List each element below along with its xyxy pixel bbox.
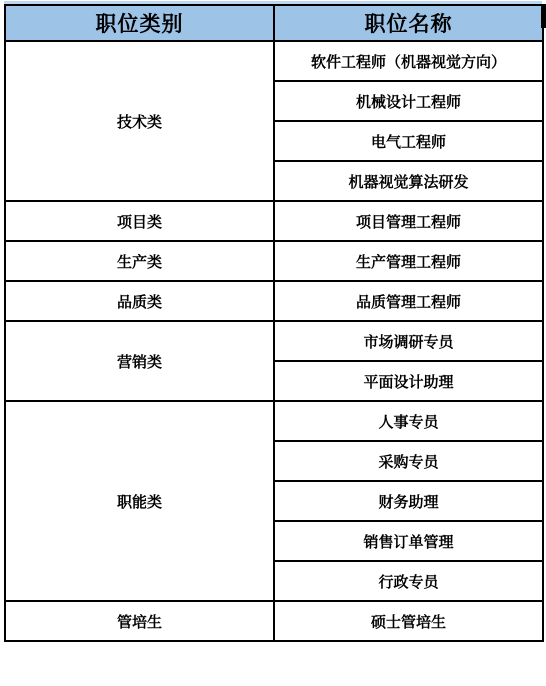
job-positions-table: 职位类别 职位名称 技术类软件工程师（机器视觉方向）机械设计工程师电气工程师机器… [4,4,544,642]
position-cell: 行政专员 [274,561,543,601]
category-cell: 项目类 [5,201,274,241]
position-cell: 人事专员 [274,401,543,441]
category-cell: 品质类 [5,281,274,321]
position-cell: 软件工程师（机器视觉方向） [274,41,543,81]
position-cell: 市场调研专员 [274,321,543,361]
category-cell: 营销类 [5,321,274,401]
category-cell: 管培生 [5,601,274,641]
category-cell: 职能类 [5,401,274,601]
table-row: 项目类项目管理工程师 [5,201,543,241]
table-row: 生产类生产管理工程师 [5,241,543,281]
position-cell: 财务助理 [274,481,543,521]
table-row: 技术类软件工程师（机器视觉方向） [5,41,543,81]
position-cell: 电气工程师 [274,121,543,161]
page: 职位类别 职位名称 技术类软件工程师（机器视觉方向）机械设计工程师电气工程师机器… [0,0,546,686]
position-cell: 采购专员 [274,441,543,481]
position-cell: 销售订单管理 [274,521,543,561]
position-cell: 机械设计工程师 [274,81,543,121]
position-cell: 品质管理工程师 [274,281,543,321]
column-header-name: 职位名称 [274,5,543,41]
position-cell: 平面设计助理 [274,361,543,401]
category-cell: 生产类 [5,241,274,281]
table-row: 营销类市场调研专员 [5,321,543,361]
table-row: 管培生硕士管培生 [5,601,543,641]
position-cell: 生产管理工程师 [274,241,543,281]
column-header-category: 职位类别 [5,5,274,41]
job-table-wrap: 职位类别 职位名称 技术类软件工程师（机器视觉方向）机械设计工程师电气工程师机器… [4,1,544,642]
position-cell: 机器视觉算法研发 [274,161,543,201]
position-cell: 项目管理工程师 [274,201,543,241]
table-row: 职能类人事专员 [5,401,543,441]
category-cell: 技术类 [5,41,274,201]
position-cell: 硕士管培生 [274,601,543,641]
top-right-corner-mark [541,4,546,28]
table-body: 技术类软件工程师（机器视觉方向）机械设计工程师电气工程师机器视觉算法研发项目类项… [5,41,543,641]
table-header-row: 职位类别 职位名称 [5,5,543,41]
table-row: 品质类品质管理工程师 [5,281,543,321]
